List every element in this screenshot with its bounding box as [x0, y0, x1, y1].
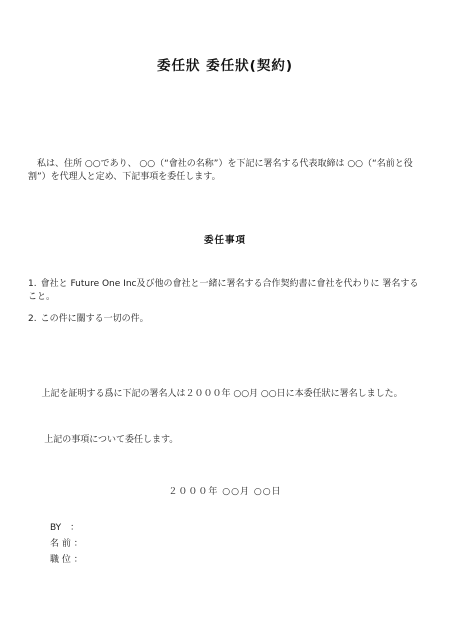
list-item-1: 1.會社と Future One Inc及び他の會社と一緒に署名する合作契約書に… — [28, 278, 425, 304]
list-item-2: 2.この件に關する一切の件。 — [28, 313, 425, 326]
document-title: 委任狀 委任狀(契約) — [0, 54, 450, 74]
list-item-1-text: 會社と Future One Inc及び他の會社と一緒に署名する合作契約書に會社… — [28, 279, 418, 302]
signature-title-label: 職 位 ： — [50, 552, 83, 568]
list-item-1-number: 1. — [28, 279, 37, 289]
list-item-2-number: 2. — [28, 314, 37, 324]
date-line: ２０００年 ○○月 ○○日 — [0, 484, 450, 497]
attestation-paragraph: 上記を証明する爲に下記の署名人は２０００年 ○○月 ○○日に本委任狀に署名しまし… — [28, 388, 425, 401]
signature-by-label: BY ： — [50, 520, 83, 536]
signature-block: BY ： 名 前 ： 職 位 ： — [50, 520, 83, 568]
document-page: 委任狀 委任狀(契約) 私は、住所 ○○であり、 ○○（“會社の名称”）を下記に… — [0, 0, 450, 636]
signature-name-label: 名 前 ： — [50, 536, 83, 552]
section-heading-delegated-matters: 委任事項 — [0, 232, 450, 246]
list-item-2-text: この件に關する一切の件。 — [41, 314, 149, 324]
intro-paragraph: 私は、住所 ○○であり、 ○○（“會社の名称”）を下記に署名する代表取締は ○○… — [28, 158, 425, 184]
delegation-note: 上記の事項について委任します。 — [28, 434, 425, 447]
